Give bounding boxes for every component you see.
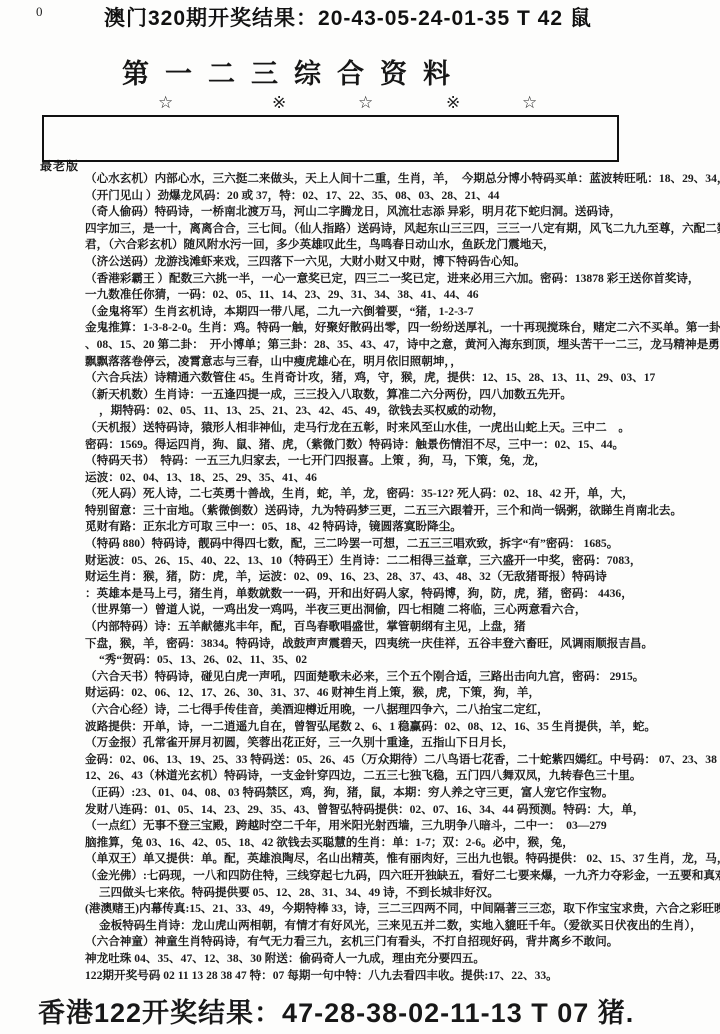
body-line: 特别留意：三十亩地。（紫微倒数）送码诗，九为特码梦三更，二五三六跟着开，三个和尚… (0, 503, 720, 520)
body-line: ，期特码：02、05、11、13、25、21、23、42、45、49，欲钱去买权… (0, 403, 720, 420)
body-line: 金码：02、06、13、19、25、33 特码送：05、26、45（万众期待）二… (0, 752, 720, 769)
stray-mark-mid: 0 (98, 553, 103, 564)
body-line: （一点红）无事不登三宝殿，跨越时空二千年，用米阳光射西墙，三九明争八暗斗，二中一… (0, 818, 720, 835)
body-line: （正码）:23、01、04、08、03 特码禁区，鸡，狗，猪，鼠，本期：穷人养之… (0, 785, 720, 802)
body-line: （特码天书） 特码：一五三九归家去，一七开门四报喜。上策 ，狗，马，下策，兔，龙… (0, 453, 720, 470)
body-line: （单双王）单又提供：单。配，英雄浪陶尽，名山出精英，惟有丽肉好，三出九也银。特码… (0, 851, 720, 868)
star-icon: ☆ (522, 93, 537, 113)
body-line: （死人码）死人诗，二七英勇十善战，生肖，蛇，羊，龙，密码：35-12? 死人码：… (0, 486, 720, 503)
body-line: （世界第一）曾道人说，一鸡出发一鸡吗，半夜三更出洞偷，四七相随 二将临，三心两意… (0, 602, 720, 619)
body-line: 财运生肖：猴，猪，防：虎，羊，运波：02、09、16、23、28、37、43、4… (0, 569, 720, 586)
body-line: 财运波：05、26、15、40、22、13、10（特码王）生肖诗：二二相得三益章… (0, 553, 720, 570)
body-line: 、08、15、20 第二卦： 开小博单；第三卦：28、35、43、47，诗中之意… (0, 337, 720, 354)
lottery-info-sheet: 0 澳门320期开奖结果：20-43-05-24-01-35 T 42 鼠 第一… (0, 0, 720, 1034)
body-line: 发财八连码：01、05、14、23、29、35、43、曾智弘特码提供：02、07… (0, 802, 720, 819)
body-line: 12、26、43（林道光玄机）特码诗，一支金针穿四边，二五三七独飞稳，五门四八舞… (0, 768, 720, 785)
hongkong-draw-result-footer: 香港122开奖结果：47-28-38-02-11-13 T 07 猪. (38, 991, 718, 1030)
body-line: （心水玄机）内部心水，三六挺二来做头，天上人间十二重，生肖，羊， 今期总分博小特… (0, 171, 720, 188)
body-line: （开门见山 ）劲爆龙风码：20 或 37，特：02、17、22、35、08、03… (0, 188, 720, 205)
body-line: （金鬼将军）生肖玄机诗，本期四一带八尾，二九一六倒着要，“猪，1-2-3-7 (0, 304, 720, 321)
body-line: 运波：02、04、13、18、25、29、35、41、46 (0, 470, 720, 487)
body-line: 财运码：02、06、12、17、26、30、31、37、46 财神生肖上策，猴，… (0, 685, 720, 702)
body-line: 君，（六合彩玄机）随风附水污一回，多少英雄叹此生，鸟鸣春日动山水，鱼跃龙门震地天… (0, 237, 720, 254)
stray-mark-top: 0 (36, 4, 43, 20)
reference-mark-icon: ※ (446, 93, 460, 113)
body-text-block: （心水玄机）内部心水，三六挺二来做头，天上人间十二重，生肖，羊， 今期总分博小特… (0, 171, 720, 984)
body-line: （六合兵法）诗精通六数管住 45。生肖奇计攻，猪，鸡，守，猴，虎，提供：12、1… (0, 370, 720, 387)
reference-mark-icon: ※ (272, 93, 286, 113)
star-icon: ☆ (158, 93, 173, 113)
body-line: 密码：1569。得运四肖，狗、鼠、猪、虎，（紫微门数）特码诗：触景伤情泪不尽，三… (0, 437, 720, 454)
empty-frame-box (42, 115, 619, 162)
body-line: 四字加三，是一十，离离合合，三七间。（仙人指路）送码诗，风起东山三三四，三三一八… (0, 221, 720, 238)
decorative-symbol-row: ☆ ※ ☆ ※ ☆ (0, 93, 720, 115)
body-line: 脑推算，兔 03、16、42、05、18、42 欲钱去买聪慧的生肖：单：1-7；… (0, 835, 720, 852)
body-line: （万金报）孔常雀开屏月初圆，笑蓉出花正好，三一久别十重逢，五指山下日月长， (0, 735, 720, 752)
body-line: （香港彩霸王 ）配数三六挑一半，一心一意奖已定，四三二一奖已定，进来必用三六加。… (0, 271, 720, 288)
body-line: 金板特码生肖诗：龙山虎山两相朝，有情才有好风光，三来见五并二数，实地入貔旺千年。… (0, 918, 720, 935)
body-line: （内部特码）诗：五羊献德兆丰年，配，百鸟春歌唱盛世，掌管朝纲有主见，上盘，猪 (0, 619, 720, 636)
body-line: 122期开奖号码 02 11 13 28 38 47 特：07 每期一句中特：八… (0, 968, 720, 985)
body-line: 神龙吐珠 04、35、47、12、38、30 附送：偷码奇人一九成，理由充分要四… (0, 951, 720, 968)
body-line: 一九数准任你猜，一码：02、05、11、14、23、29、31、34、38、41… (0, 287, 720, 304)
body-line: 金鬼推算：1-3-8-2-0。生肖：鸡。特码一触，好聚好散码出零，四一纷纷送厚礼… (0, 320, 720, 337)
body-line: （奇人偷码）特码诗，一桥南北渡万马，河山二字腾龙日，风流壮志添 异彩，明月花下蛇… (0, 204, 720, 221)
body-line: （金光佛）:七码现，一八和四防住特，三线穿起七九码，四六旺开独缺五，看好二七要来… (0, 868, 720, 885)
star-icon: ☆ (358, 93, 373, 113)
body-line: 下盘，猴，羊，密码：3834。特码诗，战鼓声声震碧天，四夷统一庆佳祥，五谷丰登六… (0, 636, 720, 653)
body-line: “秀“贺码：05、13、26、02、11、35、02 (0, 652, 720, 669)
body-line: 飘飘落落卷停云，凌霄意志与三春，山中瘦虎雄心在，明月依旧照朝坤，， (0, 354, 720, 371)
body-line: (港澳赌王)内幕传真:15、21、33、49，今期特棒 33，诗，三二三四两不同… (0, 901, 720, 918)
body-line: 波路提供：开单，诗，一二逍遥九自在，曾智弘尾数 2、6、1 稳赢码：02、08、… (0, 719, 720, 736)
body-line: （六合心经）诗，二七得手传佳音，美酒迎樽近用晚，一八据理四争六，二八抬宝二定红， (0, 702, 720, 719)
body-line: （济公送码）龙游浅滩虾来戏，三四落下一六见，大财小财又中财，博下特码告心知。 (0, 254, 720, 271)
body-line: ：英雄本是马上弓，猪生肖，单数就数一一码，开和出好码人家，特码博，狗，防，虎，猪… (0, 586, 720, 603)
body-line: （六合天书）特码诗，碰见白虎一声吼，四面楚歌未必来，三个五个刚合适，三路出击向九… (0, 669, 720, 686)
macau-draw-result-header: 澳门320期开奖结果：20-43-05-24-01-35 T 42 鼠 (104, 2, 704, 32)
body-line: （天机报）送特码诗，猿形人相非神仙，走马行龙在五彰，时来风至山水佳，一虎出山蛇上… (0, 420, 720, 437)
body-line: 三四做头七来依。特码提供要 05、12、28、31、34、49 诗，不到长城非好… (0, 885, 720, 902)
page-title: 第一二三综合资料 (122, 52, 466, 91)
body-line: （新天机数）生肖诗：一五逢四提一成，三三投入八取数，算准二六分两份，四八加数五先… (0, 387, 720, 404)
body-line: （六合神童）神童生肖特码诗，有气无力看三九，玄机三门有看头，不打自招现好码，背井… (0, 934, 720, 951)
body-line: （特码 880）特码诗，靓码中得四七数，配，三二吟罢一可想，二五三三唱欢致，拆字… (0, 536, 720, 553)
body-line: 觅财有路：正东北方可取 三中一：05、18、42 特码诗，镜圆落寞盼降尘。 (0, 519, 720, 536)
